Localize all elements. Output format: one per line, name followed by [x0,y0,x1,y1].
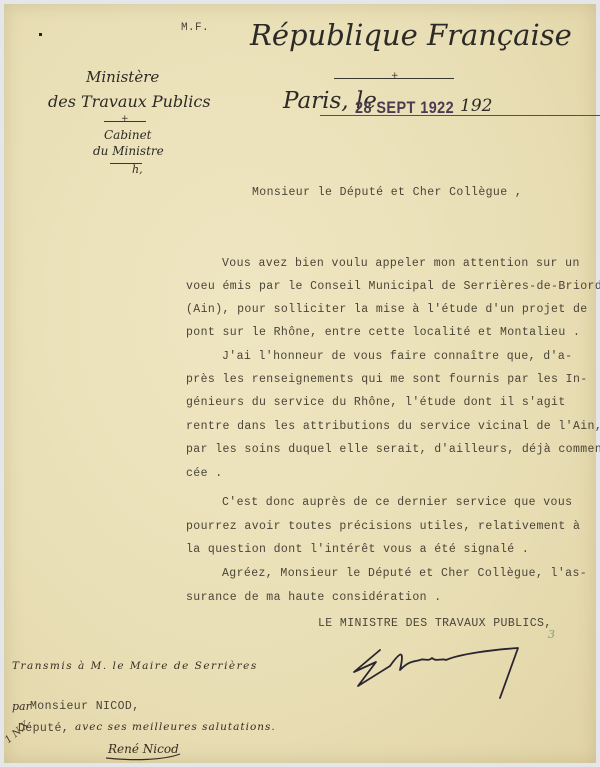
body-line: rentre dans les attributions du service … [186,420,600,433]
transmission-note: Transmis à M. le Maire de Serrières [12,660,258,672]
ministry-title: Ministère [86,68,159,86]
punch-mark [39,33,42,36]
body-line: par les soins duquel elle serait, d'aill… [186,443,600,456]
body-line: pont sur le Rhône, entre cette localité … [186,326,580,339]
ministry-name: des Travaux Publics [48,92,211,111]
salutation: Monsieur le Député et Cher Collègue , [252,186,522,199]
body-line: cée . [186,467,223,480]
republic-title: République Française [250,18,572,52]
signature-underline [104,752,184,762]
body-line: surance de ma haute considération . [186,591,442,604]
divider-ornament-icon: + [391,71,399,81]
recipient-name: Monsieur NICOD, [30,700,140,713]
body-line: Vous avez bien voulu appeler mon attenti… [222,257,580,270]
body-line: génieurs du service du Rhône, l'étude do… [186,396,566,409]
body-line: J'ai l'honneur de vous faire connaître q… [222,350,572,363]
body-line: la question dont l'intérêt vous a été si… [186,543,529,556]
year-prefix: 192 [460,96,492,116]
divider-ornament-icon: + [121,114,129,124]
body-line: près les renseignements qui me sont four… [186,373,588,386]
cabinet-mark: h, [132,163,143,176]
signatory-title: LE MINISTRE DES TRAVAUX PUBLICS, [318,617,552,630]
minister-signature [350,640,530,700]
body-line: Agréez, Monsieur le Député et Cher Collè… [222,567,587,580]
body-line: voeu émis par le Conseil Municipal de Se… [186,280,600,293]
body-line: (Ain), pour solliciter la mise à l'étude… [186,303,588,316]
cabinet-label: Cabinet [104,128,152,142]
body-line: C'est donc auprès de ce dernier service … [222,496,572,509]
body-line: pourrez avoir toutes précisions utiles, … [186,520,580,533]
by-prefix: par [12,700,31,713]
signatory-mark: 3 [548,628,555,641]
cabinet-sublabel: du Ministre [93,144,164,158]
regards-note: avec ses meilleures salutations. [75,721,276,733]
reference-code: M.F. [181,22,209,34]
